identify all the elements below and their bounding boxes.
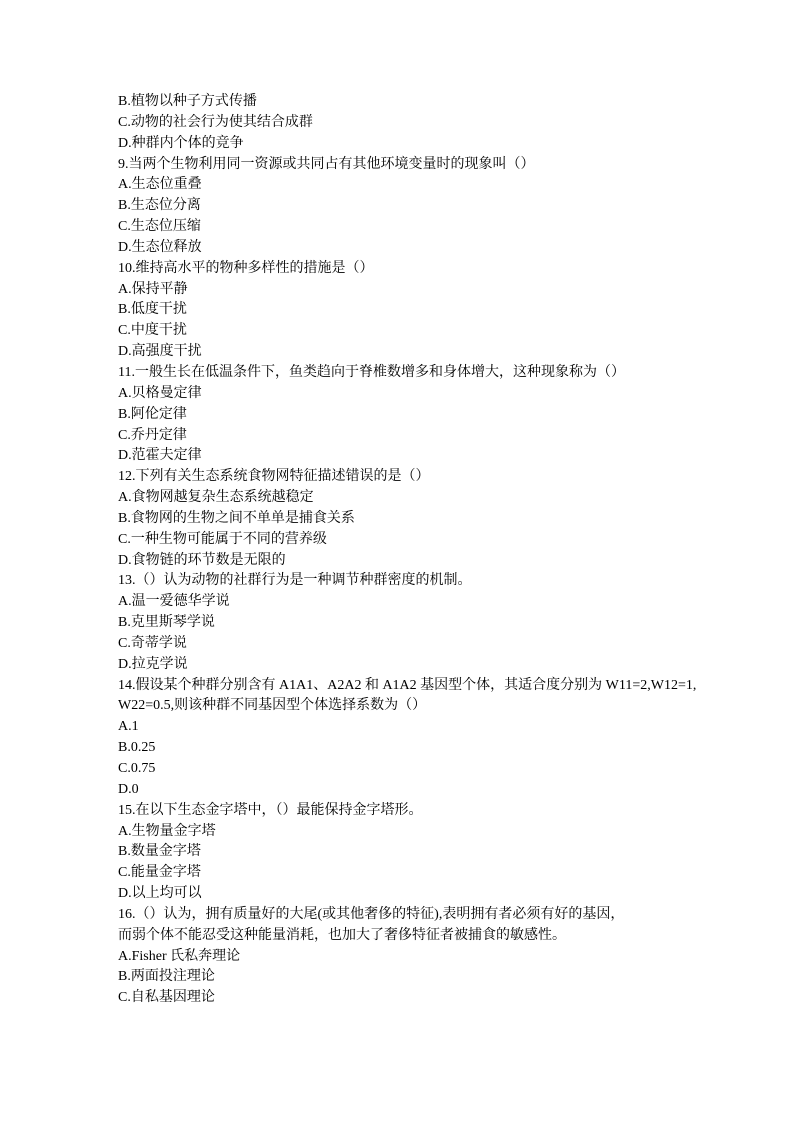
- question-13-stem: 13.（）认为动物的社群行为是一种调节种群密度的机制。: [118, 571, 698, 592]
- question-11-option-a: A.贝格曼定律: [118, 384, 698, 405]
- question-8-option-b: B.植物以种子方式传播: [118, 92, 698, 113]
- question-14-option-c: C.0.75: [118, 759, 698, 780]
- question-13-option-d: D.拉克学说: [118, 655, 698, 676]
- question-16-option-a: A.Fisher 氏私奔理论: [118, 947, 698, 968]
- question-13-option-a: A.温一爱德华学说: [118, 592, 698, 613]
- question-14-stem-line-1: 14.假设某个种群分别含有 A1A1、A2A2 和 A1A2 基因型个体，其适合…: [118, 676, 698, 697]
- question-11-option-d: D.范霍夫定律: [118, 446, 698, 467]
- question-13-option-c: C.奇蒂学说: [118, 634, 698, 655]
- question-15-stem: 15.在以下生态金字塔中，（）最能保持金字塔形。: [118, 801, 698, 822]
- question-9-option-d: D.生态位释放: [118, 238, 698, 259]
- question-10-option-d: D.高强度干扰: [118, 342, 698, 363]
- question-11-option-c: C.乔丹定律: [118, 426, 698, 447]
- question-12-option-a: A.食物网越复杂生态系统越稳定: [118, 488, 698, 509]
- question-12-option-c: C.一种生物可能属于不同的营养级: [118, 530, 698, 551]
- question-16-option-b: B.两面投注理论: [118, 967, 698, 988]
- question-8-option-d: D.种群内个体的竞争: [118, 134, 698, 155]
- question-16-stem-line-2: 而弱个体不能忍受这种能量消耗，也加大了奢侈特征者被捕食的敏感性。: [118, 926, 698, 947]
- question-16-option-c: C.自私基因理论: [118, 988, 698, 1009]
- question-12-stem: 12.下列有关生态系统食物网特征描述错误的是（）: [118, 467, 698, 488]
- question-15-option-a: A.生物量金字塔: [118, 822, 698, 843]
- question-15-option-b: B.数量金字塔: [118, 842, 698, 863]
- question-9-option-c: C.生态位压缩: [118, 217, 698, 238]
- question-8-option-c: C.动物的社会行为使其结合成群: [118, 113, 698, 134]
- question-12-option-b: B.食物网的生物之间不单单是捕食关系: [118, 509, 698, 530]
- question-12-option-d: D.食物链的环节数是无限的: [118, 551, 698, 572]
- question-10-option-b: B.低度干扰: [118, 300, 698, 321]
- question-14-option-d: D.0: [118, 780, 698, 801]
- question-13-option-b: B.克里斯琴学说: [118, 613, 698, 634]
- question-11-stem: 11.一般生长在低温条件下，鱼类趋向于脊椎数增多和身体增大，这种现象称为（）: [118, 363, 698, 384]
- question-15-option-c: C.能量金字塔: [118, 863, 698, 884]
- question-9-stem: 9.当两个生物利用同一资源或共同占有其他环境变量时的现象叫（）: [118, 155, 698, 176]
- question-10-stem: 10.维持高水平的物种多样性的措施是（）: [118, 259, 698, 280]
- question-10-option-c: C.中度干扰: [118, 321, 698, 342]
- question-15-option-d: D.以上均可以: [118, 884, 698, 905]
- question-9-option-a: A.生态位重叠: [118, 175, 698, 196]
- question-14-stem-line-2: W22=0.5,则该种群不同基因型个体选择系数为（）: [118, 696, 698, 717]
- question-9-option-b: B.生态位分离: [118, 196, 698, 217]
- question-16-stem-line-1: 16.（）认为，拥有质量好的大尾(或其他奢侈的特征),表明拥有者必须有好的基因，: [118, 905, 698, 926]
- question-11-option-b: B.阿伦定律: [118, 405, 698, 426]
- document-page: B.植物以种子方式传播 C.动物的社会行为使其结合成群 D.种群内个体的竞争 9…: [118, 92, 698, 1009]
- question-14-option-b: B.0.25: [118, 738, 698, 759]
- question-14-option-a: A.1: [118, 717, 698, 738]
- question-10-option-a: A.保持平静: [118, 280, 698, 301]
